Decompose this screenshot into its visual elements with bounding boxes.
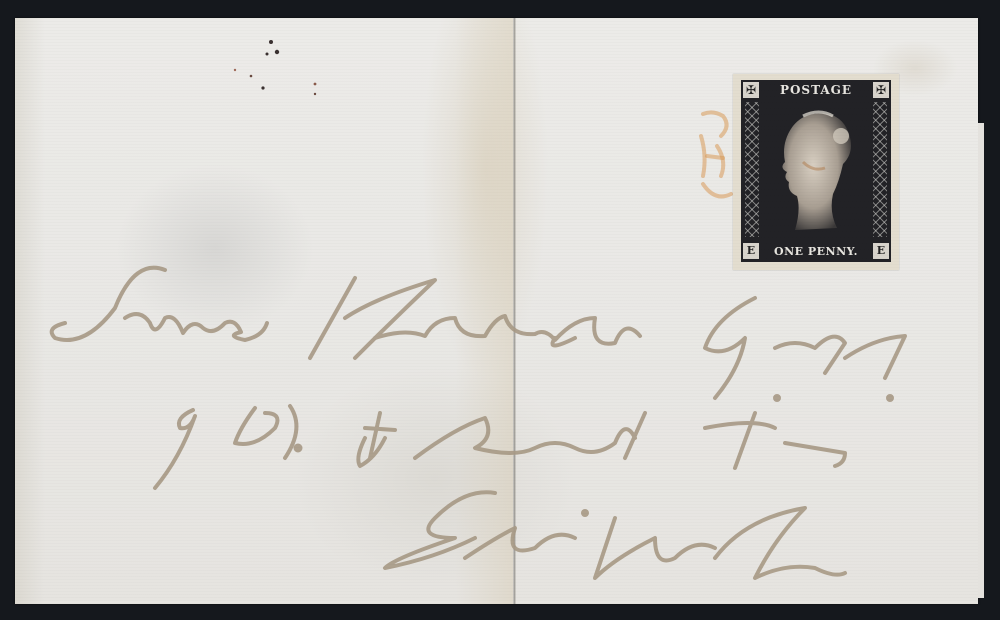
letter-edge-tab <box>978 123 984 598</box>
letter-cover: ✠ ✠ POSTAGE <box>15 18 978 604</box>
handwritten-address <box>15 18 978 604</box>
scene-background: ✠ ✠ POSTAGE <box>0 0 1000 620</box>
